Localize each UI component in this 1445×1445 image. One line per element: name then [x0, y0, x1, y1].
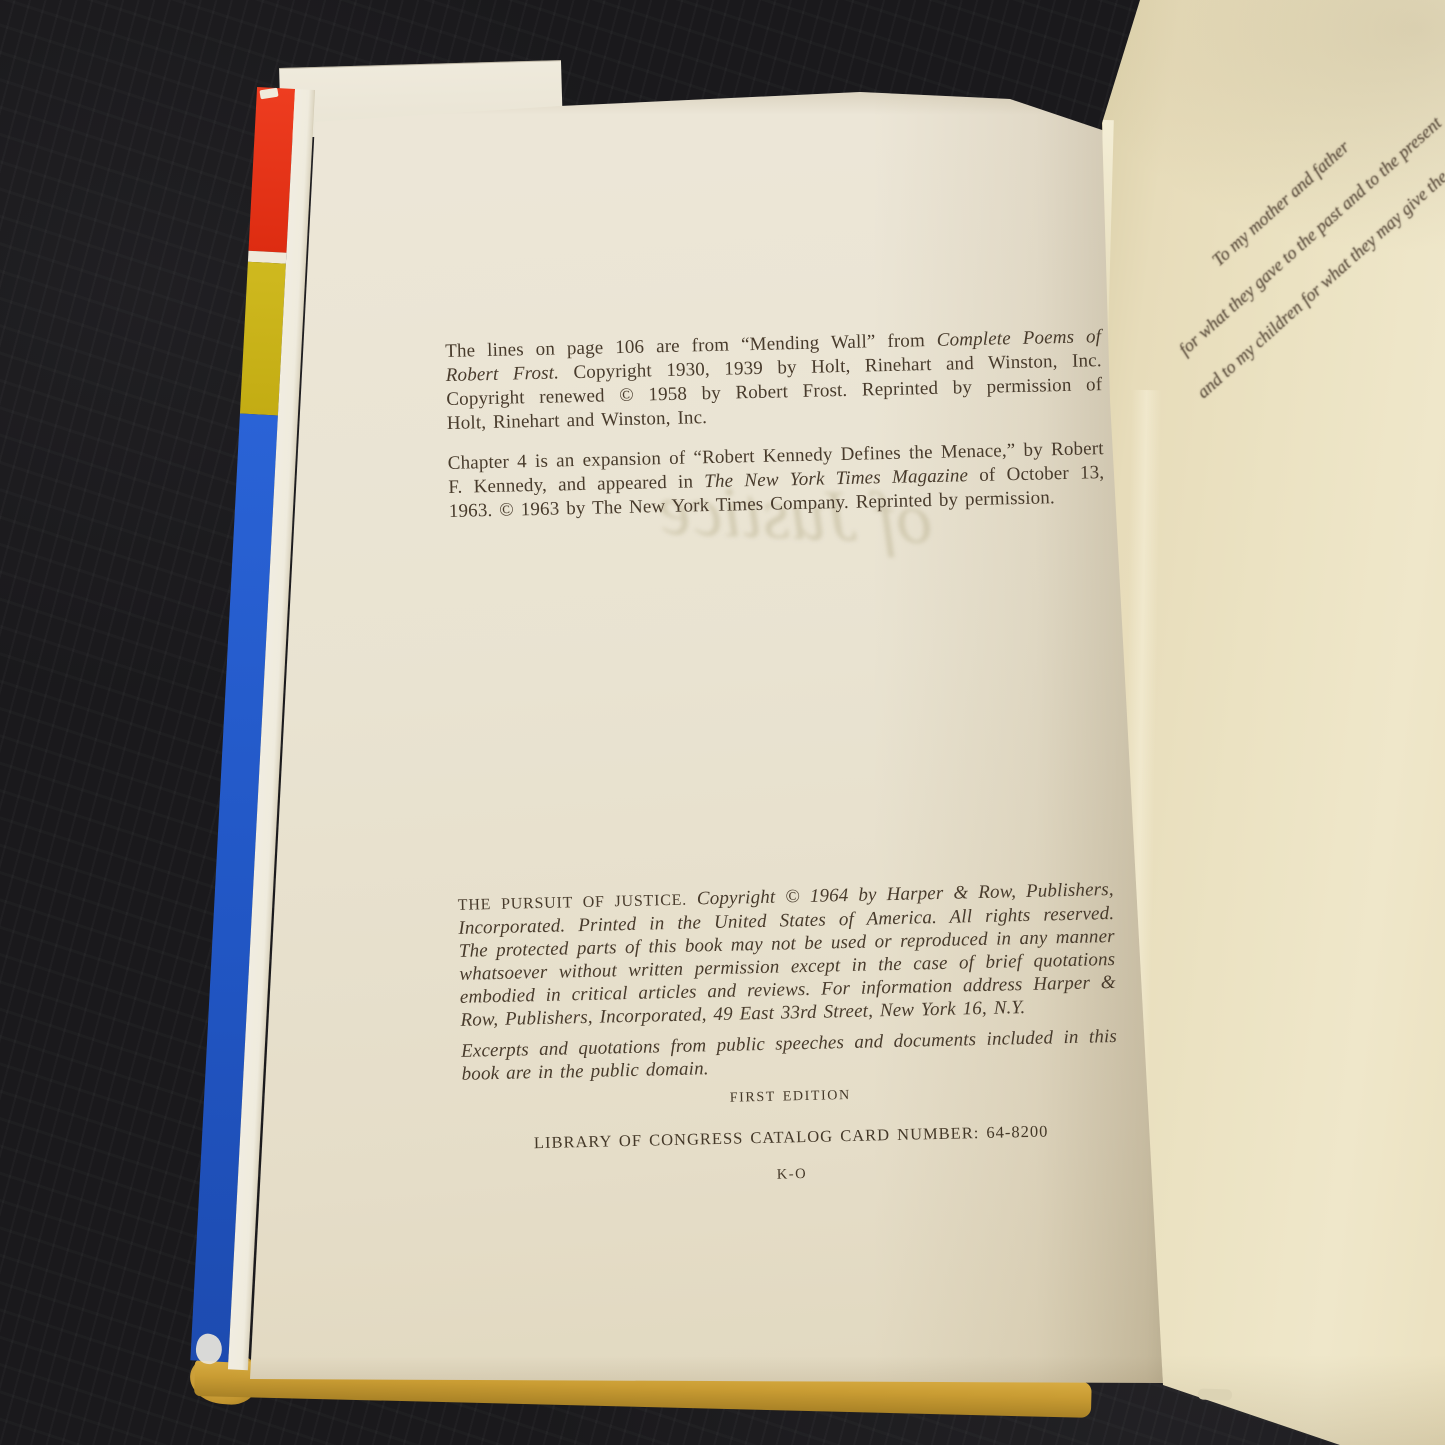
loc-catalog-number-line: LIBRARY OF CONGRESS CATALOG CARD NUMBER:…	[463, 1120, 1119, 1155]
copyright-page: of Justice The lines on page 106 are fro…	[240, 85, 1170, 1390]
printing-code: K-O	[464, 1159, 1120, 1191]
photo-background: of Justice The lines on page 106 are fro…	[0, 0, 1445, 1445]
first-edition-line: FIRST EDITION	[462, 1082, 1118, 1113]
copyright-notice-paragraph: THE PURSUIT OF JUSTICE. Copyright © 1964…	[458, 878, 1117, 1032]
public-domain-paragraph: Excerpts and quotations from public spee…	[461, 1025, 1118, 1086]
nyt-permission-paragraph: Chapter 4 is an expansion of “Robert Ken…	[448, 437, 1105, 524]
page-edge-speck	[1198, 1388, 1232, 1400]
dedication-text: To my mother and father for what they ga…	[1087, 26, 1445, 445]
frost-permission-paragraph: The lines on page 106 are from “Mending …	[445, 325, 1103, 436]
copyright-text-column: The lines on page 106 are from “Mending …	[445, 325, 1120, 1191]
